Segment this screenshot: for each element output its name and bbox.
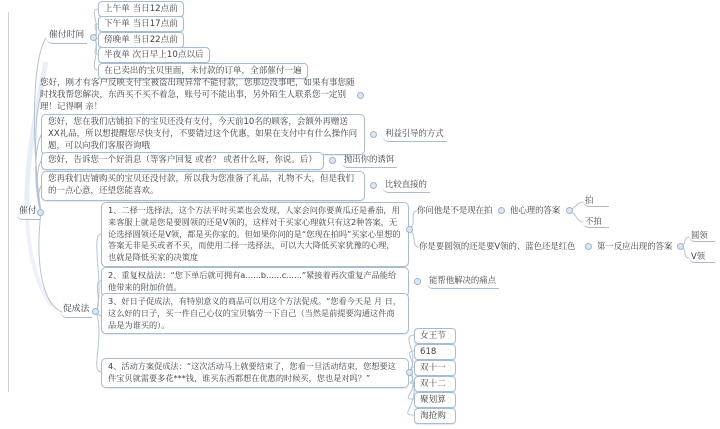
collapse-icon[interactable] — [677, 243, 684, 250]
branch-time[interactable]: 催付时间 — [46, 30, 87, 44]
topic-answer-buy[interactable]: 拍 — [583, 195, 609, 207]
collapse-icon[interactable] — [406, 369, 413, 376]
good-news-row: 您好，告诉您一个好消息（等客户回复 或者？ 或者什么呀，你说。后） 抛出你的诱饵 — [41, 152, 397, 170]
topic-good-news-script[interactable]: 您好，告诉您一个好消息（等客户回复 或者？ 或者什么呀，你说。后） — [41, 152, 324, 170]
topic-event-double-12[interactable]: 双十二 — [414, 376, 456, 392]
topic-event-queens-day[interactable]: 女王节 — [414, 328, 456, 344]
mindmap-canvas: 催付 催付时间 上午单 当日12点前 下午单 当日17点前 傍晚单 当日22点前… — [0, 0, 720, 429]
topic-afternoon-order[interactable]: 下午单 当日17点前 — [98, 16, 184, 32]
gift-reminder-row: 您好，您在我们店铺拍下的宝贝还没有支付，今天前10名的顾客，会额外再赠送XX礼品… — [41, 114, 447, 155]
collapse-icon[interactable] — [90, 34, 97, 41]
topic-morning-order[interactable]: 上午单 当日12点前 — [98, 1, 184, 17]
note-pain-point[interactable]: 能帮他解决的痛点 — [426, 275, 499, 289]
collapse-icon[interactable] — [498, 207, 505, 214]
topic-event-juhuasuan[interactable]: 聚划算 — [414, 392, 456, 408]
note-benefit-guidance[interactable]: 利益引导的方式 — [382, 128, 447, 142]
canvas-left-edge — [8, 12, 9, 392]
note-more-direct[interactable]: 比较直接的 — [382, 179, 430, 193]
branch-time-label: 催付时间 — [46, 30, 87, 44]
collapse-icon[interactable] — [406, 226, 413, 233]
topic-first-reaction-answer[interactable]: 第一反应出现的答案 — [597, 241, 672, 252]
collapse-icon[interactable] — [357, 92, 364, 99]
topic-alipay-alert-script[interactable]: 您好，刚才有客户反映支付宝被盗出现异常不能付款，您那边没事吧，如果有事您随时找我… — [40, 77, 362, 113]
collapse-icon[interactable] — [370, 131, 377, 138]
topic-his-mental-answer[interactable]: 他心理的答案 — [510, 205, 560, 216]
collapse-icon[interactable] — [370, 182, 377, 189]
topic-ask-buy-now[interactable]: 你问他是不是现在拍 — [417, 205, 492, 216]
branch-methods[interactable]: 促成法 — [60, 304, 92, 318]
topic-event-taoqianggou[interactable]: 淘抢购 — [414, 408, 456, 424]
topic-midnight-order[interactable]: 半夜单 次日早上10点以后 — [98, 47, 210, 63]
topic-collar-color-question[interactable]: 你是要圆领的还是要V领的、蓝色还是红色 — [419, 241, 575, 252]
topic-gift-reminder-script[interactable]: 您好，您在我们店铺拍下的宝贝还没有支付，今天前10名的顾客，会额外再赠送XX礼品… — [41, 114, 365, 155]
collapse-icon[interactable] — [585, 243, 592, 250]
topic-evening-order[interactable]: 傍晚单 当日22点前 — [98, 32, 184, 48]
topic-answer-not-buy[interactable]: 不拍 — [583, 216, 609, 228]
collapse-icon[interactable] — [566, 207, 573, 214]
small-gift-row: 您再我们店铺购买的宝贝还没付款，所以我为您准备了礼品，礼物不大，但是我们的一点心… — [41, 171, 430, 201]
topic-event-double-11[interactable]: 双十一 — [414, 360, 456, 376]
topic-answer-v-collar[interactable]: V领 — [689, 251, 715, 263]
topic-method-two-choice[interactable]: 1、二择一选择法，这个方法平时买菜也会发现，人家会问你要黄瓜还是番茄，用来客服上… — [101, 202, 409, 267]
collapse-icon[interactable] — [414, 278, 421, 285]
topic-method-campaign[interactable]: 4、活动方案促成法：“这次活动马上就要结束了，您看一旦活动结束，您想要这件宝贝就… — [101, 358, 409, 388]
collapse-icon[interactable] — [92, 308, 99, 315]
branch-methods-label: 促成法 — [60, 304, 92, 318]
topic-method-good-day[interactable]: 3、好日子促成法，有特别意义的商品可以用这个方法促成。“您看今天是 月 日，这么… — [101, 293, 409, 334]
note-throw-bait[interactable]: 抛出你的诱饵 — [341, 154, 397, 168]
collapse-icon[interactable] — [37, 209, 44, 216]
topic-event-618[interactable]: 618 — [414, 344, 456, 360]
collapse-icon[interactable] — [329, 157, 336, 164]
topic-small-gift-script[interactable]: 您再我们店铺购买的宝贝还没付款，所以我为您准备了礼品，礼物不大，但是我们的一点心… — [41, 171, 365, 201]
topic-answer-round-collar[interactable]: 圆领 — [689, 230, 715, 242]
